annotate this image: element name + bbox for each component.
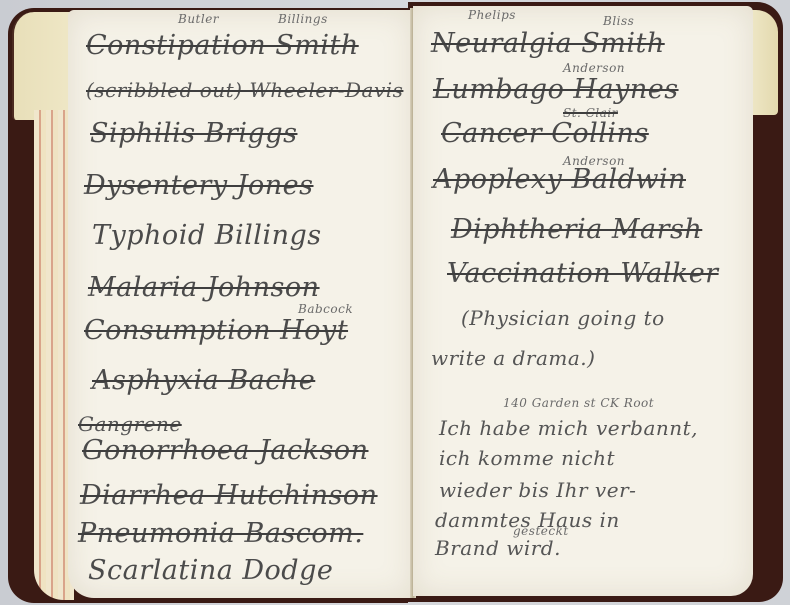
entry-line: Vaccination Walker <box>447 258 719 289</box>
note-phelips: Phelips <box>468 8 516 22</box>
entry-line: (Physician going to <box>461 306 665 330</box>
address-note: 140 Garden st CK Root <box>503 396 654 410</box>
entry-line: Pneumonia Bascom. <box>78 518 363 549</box>
entry-line: Lumbago Haynes <box>433 74 679 105</box>
entry-line: Neuralgia Smith <box>431 28 665 59</box>
entry-line: Apoplexy Baldwin <box>433 164 686 195</box>
entry-line: Malaria Johnson <box>88 272 320 303</box>
left-page: Butler Billings Constipation Smith (scri… <box>68 10 413 598</box>
entry-line: Scarlatina Dodge <box>88 555 333 586</box>
note-above: Anderson <box>563 61 625 75</box>
entry-line: Gonorrhoea Jackson <box>82 435 369 466</box>
entry-line: Siphilis Briggs <box>90 118 297 149</box>
note-billings: Billings <box>278 12 328 26</box>
entry-line: wieder bis Ihr ver- <box>439 478 636 502</box>
entry-line: Dysentery Jones <box>84 170 314 201</box>
entry-line: ich komme nicht <box>439 446 615 470</box>
entry-line: Ich habe mich verbannt, <box>439 416 698 440</box>
entry-line: write a drama.) <box>431 346 595 370</box>
entry-line: Diphtheria Marsh <box>451 214 702 245</box>
entry-line: Diarrhea Hutchinson <box>80 480 378 511</box>
entry-line: Brand wird. <box>435 536 561 560</box>
note-above: Bliss <box>603 14 634 28</box>
entry-line: Typhoid Billings <box>92 220 322 251</box>
open-notebook-photo: Butler Billings Constipation Smith (scri… <box>0 0 790 605</box>
note-butler: Butler <box>178 12 219 26</box>
note-above: Babcock <box>298 302 353 316</box>
entry-line: Cancer Collins <box>441 118 649 149</box>
right-page: Phelips Bliss Neuralgia Smith Anderson L… <box>413 6 753 596</box>
entry-line: Constipation Smith <box>86 30 359 61</box>
entry-line: Gangrene <box>78 412 182 436</box>
entry-line: Asphyxia Bache <box>92 365 315 396</box>
cover-tab-left <box>12 12 74 120</box>
entry-line: Consumption Hoyt <box>84 315 348 346</box>
entry-line: (scribbled out) Wheeler-Davis <box>86 78 403 102</box>
